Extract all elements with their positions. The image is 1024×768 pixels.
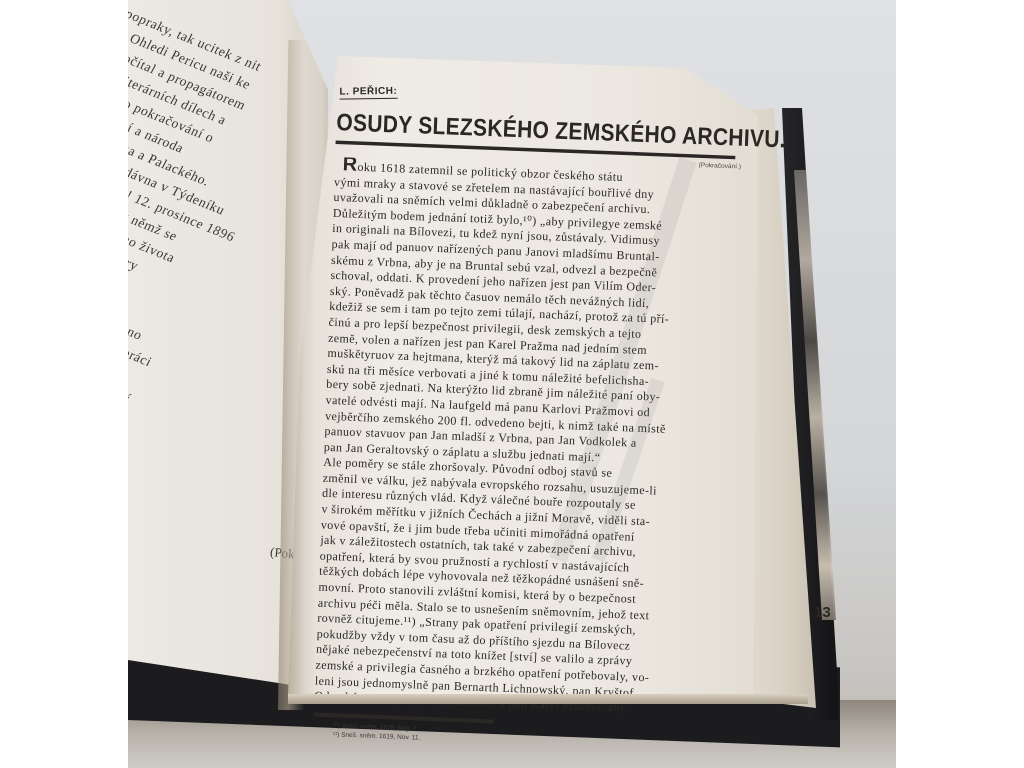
right-page-content: L. PEŘICH: OSUDY SLEZSKÉHO ZEMSKÉHO ARCH… [313, 80, 738, 754]
book-photo: … pa popraky, tak ucitek z nit… univ. Oh… [128, 0, 896, 768]
article-author: L. PEŘICH: [339, 86, 397, 100]
page-number: 13 [814, 604, 831, 621]
article-body: Roku 1618 zatemnil se politický obzor če… [314, 157, 735, 720]
drop-cap: R [342, 157, 358, 176]
page-bottom-edge [288, 694, 808, 704]
photo-stage: … pa popraky, tak ucitek z nit… univ. Oh… [0, 0, 1024, 768]
